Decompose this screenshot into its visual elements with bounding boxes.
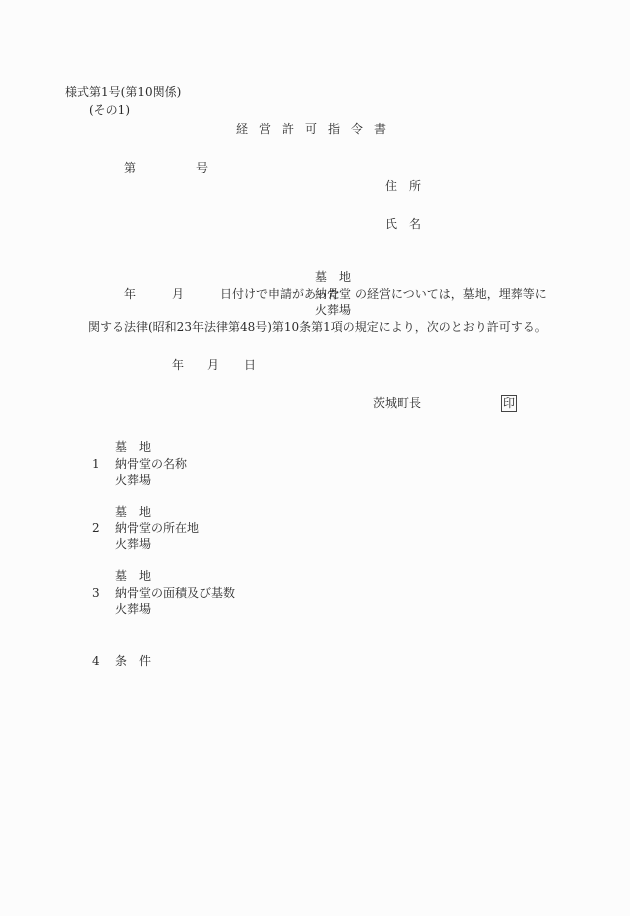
form-sub-label: (その1) — [89, 104, 130, 116]
facility-option-cemetery: 墓 地 — [315, 271, 351, 283]
item1-option-ossuary: 納骨堂の名称 — [115, 458, 187, 470]
item1-option-cemetery: 墓 地 — [115, 441, 151, 453]
item4-conditions-label: 条 件 — [115, 655, 151, 667]
seal-mark: 印 — [501, 395, 517, 412]
item3-option-cemetery: 墓 地 — [115, 570, 151, 582]
issue-date-day: 日 — [244, 359, 256, 371]
facility-option-ossuary: 納骨堂 — [315, 288, 351, 300]
item1-option-crematorium: 火葬場 — [115, 474, 151, 486]
number-prefix: 第 — [124, 162, 136, 174]
issue-date-year: 年 — [172, 359, 184, 371]
address-label: 住 所 — [385, 180, 421, 192]
body-line1-date: 年 月 日付けで申請があった — [124, 288, 340, 300]
body-line2: 関する法律(昭和23年法律第48号)第10条第1項の規定により，次のとおり許可す… — [88, 321, 547, 333]
item4-number: 4 — [92, 655, 100, 667]
item3-option-crematorium: 火葬場 — [115, 603, 151, 615]
name-label: 氏 名 — [385, 218, 421, 230]
item2-option-crematorium: 火葬場 — [115, 538, 151, 550]
item2-number: 2 — [92, 522, 100, 534]
item3-number: 3 — [92, 587, 100, 599]
issue-date-month: 月 — [207, 359, 219, 371]
item2-option-cemetery: 墓 地 — [115, 506, 151, 518]
item1-number: 1 — [92, 458, 100, 470]
issuer-title: 茨城町長 — [373, 397, 421, 409]
facility-option-crematorium: 火葬場 — [315, 304, 351, 316]
document-title: 経営許可指令書 — [236, 123, 397, 135]
item2-option-ossuary: 納骨堂の所在地 — [115, 522, 199, 534]
form-label: 様式第1号(第10関係) — [65, 86, 181, 98]
number-suffix: 号 — [196, 162, 208, 174]
item3-option-ossuary: 納骨堂の面積及び基数 — [115, 587, 235, 599]
body-line1-after: の経営については，墓地，埋葬等に — [355, 288, 547, 300]
seal-icon: 印 — [501, 395, 517, 412]
